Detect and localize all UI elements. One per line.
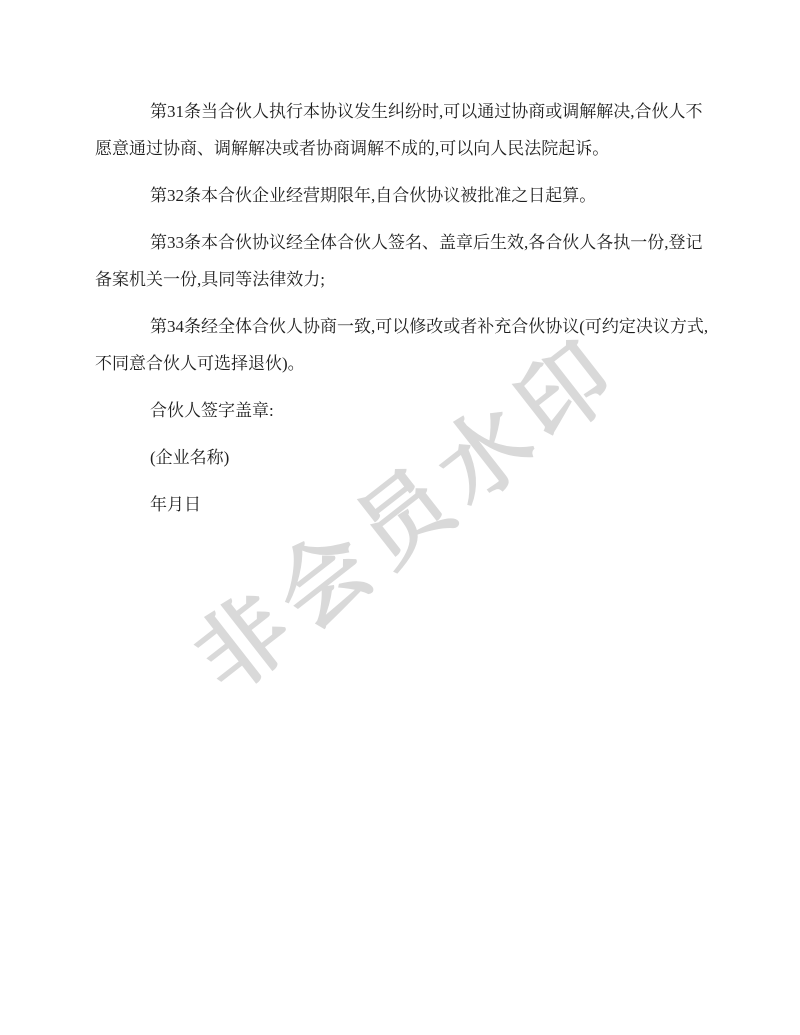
paragraph-article-33: 第33条本合伙协议经全体合伙人签名、盖章后生效,各合伙人各执一份,登记 备案机关… [95,224,680,298]
paragraph-line: 愿意通过协商、调解解决或者协商调解不成的,可以向人民法院起诉。 [95,130,680,167]
paragraph-article-32: 第32条本合伙企业经营期限年,自合伙协议被批准之日起算。 [95,177,680,214]
date-placeholder: 年月日 [95,486,680,523]
document-content: 第31条当合伙人执行本协议发生纠纷时,可以通过协商或调解解决,合伙人不 愿意通过… [95,93,680,533]
company-name-placeholder: (企业名称) [95,439,680,476]
paragraph-line: 第31条当合伙人执行本协议发生纠纷时,可以通过协商或调解解决,合伙人不 [95,93,680,130]
paragraph-line: 不同意合伙人可选择退伙)。 [95,345,680,382]
document-page: 非会员水印 第31条当合伙人执行本协议发生纠纷时,可以通过协商或调解解决,合伙人… [0,0,800,1035]
paragraph-line: 第32条本合伙企业经营期限年,自合伙协议被批准之日起算。 [95,177,680,214]
paragraph-article-31: 第31条当合伙人执行本协议发生纠纷时,可以通过协商或调解解决,合伙人不 愿意通过… [95,93,680,167]
signature-label: 合伙人签字盖章: [95,392,680,429]
paragraph-line: 第33条本合伙协议经全体合伙人签名、盖章后生效,各合伙人各执一份,登记 [95,224,680,261]
paragraph-article-34: 第34条经全体合伙人协商一致,可以修改或者补充合伙协议(可约定决议方式, 不同意… [95,308,680,382]
paragraph-line: 年月日 [95,486,680,523]
paragraph-line: 第34条经全体合伙人协商一致,可以修改或者补充合伙协议(可约定决议方式, [95,308,680,345]
paragraph-line: 合伙人签字盖章: [95,392,680,429]
paragraph-line: (企业名称) [95,439,680,476]
paragraph-line: 备案机关一份,具同等法律效力; [95,261,680,298]
